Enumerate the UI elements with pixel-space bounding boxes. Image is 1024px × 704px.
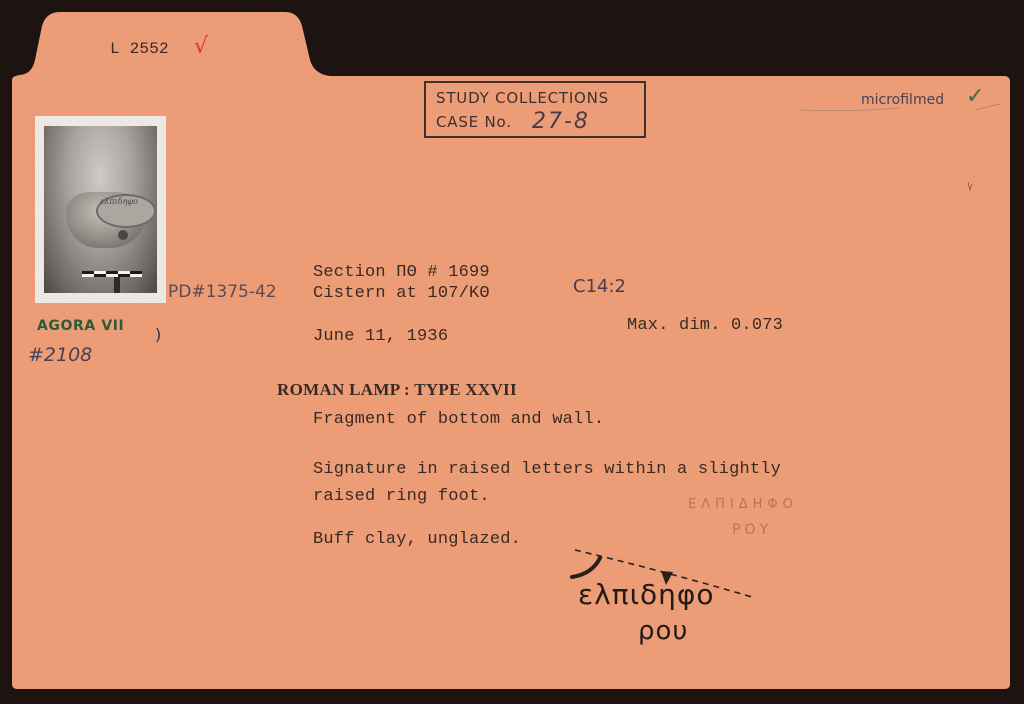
description-line-1: Fragment of bottom and wall. [313,410,604,429]
study-collections-stamp: STUDY COLLECTIONS CASE No. 27-8 [424,81,646,138]
description-line-4: Buff clay, unglazed. [313,530,521,549]
drawn-inscription-line-2: ρου [638,616,688,646]
pencil-inscription-line-1: ΕΛΠΙΔΗΦΟ [688,497,798,512]
context-line: Cistern at 107/KΘ [313,284,490,303]
context-annotation: C14:2 [573,276,626,297]
publication-number: #2108 [28,344,92,366]
pencil-inscription-line-2: ΡΟΥ [732,522,772,538]
photo-reference: PD#1375-42 [168,282,277,302]
red-check-icon: √ [194,34,208,59]
publication-paren: ) [155,325,161,344]
section-line: Section ΠΘ # 1699 [313,263,490,282]
max-dimension: Max. dim. 0.073 [627,316,783,335]
publication-stamp: AGORA VII [37,318,124,334]
stamp-case-label: CASE No. [436,113,512,131]
drawn-inscription-line-1: ελπιδηφο [578,578,715,611]
case-number: 27-8 [532,109,590,134]
microfilmed-stamp: microfilmed [861,92,944,108]
description-line-2: Signature in raised letters within a sli… [313,460,781,479]
lamp-fragment-image: ελπιδηφο [66,192,146,248]
object-title: ROMAN LAMP : TYPE XXVII [277,380,517,400]
date: June 11, 1936 [313,327,448,346]
tab-catalog-number: L 2552 [110,40,169,58]
lamp-photo-image: ελπιδηφο [44,126,157,293]
stamp-title: STUDY COLLECTIONS [436,89,609,107]
description-line-3: raised ring foot. [313,487,490,506]
green-check-icon: ✓ [966,84,984,109]
object-photograph: ελπιδηφο [35,116,166,303]
